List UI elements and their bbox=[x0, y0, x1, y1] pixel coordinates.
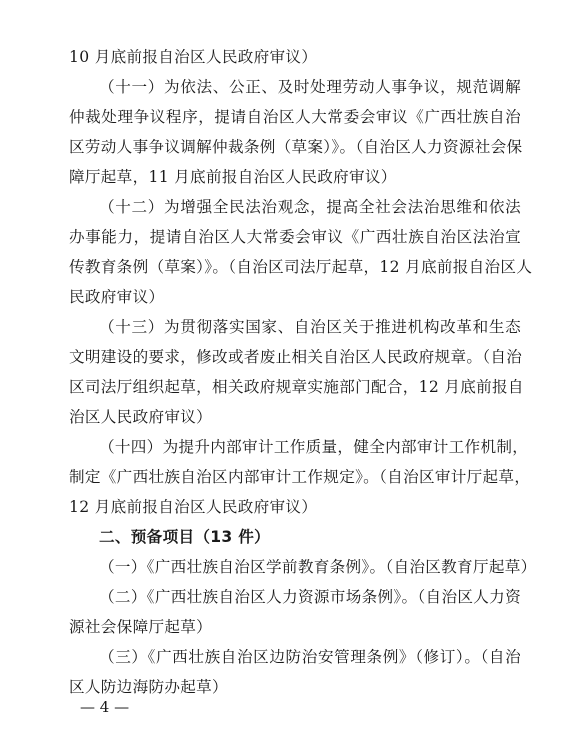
document-page: 10 月底前报自治区人民政府审议） （十一）为依法、公正、及时处理劳动人事争议，… bbox=[0, 0, 586, 738]
section-heading: 二、预备项目（13 件） bbox=[99, 522, 521, 552]
text-line: 源社会保障厅起草） bbox=[69, 612, 521, 642]
text-line: 民政府审议） bbox=[69, 282, 521, 312]
text-line: 障厅起草，11 月底前报自治区人民政府审议） bbox=[69, 162, 521, 192]
paragraph-14-start: （十四）为提升内部审计工作质量，健全内部审计工作机制， bbox=[99, 432, 521, 462]
text-line: 文明建设的要求，修改或者废止相关自治区人民政府规章。（自治 bbox=[69, 342, 521, 372]
list-item-1: （一）《广西壮族自治区学前教育条例》。（自治区教育厅起草） bbox=[99, 552, 521, 582]
text-line: 区劳动人事争议调解仲裁条例（草案）》。（自治区人力资源社会保 bbox=[69, 132, 521, 162]
text-line: 传教育条例（草案）》。（自治区司法厅起草，12 月底前报自治区人 bbox=[69, 252, 521, 282]
text-line: 仲裁处理争议程序，提请自治区人大常委会审议《广西壮族自治 bbox=[69, 102, 521, 132]
paragraph-11-start: （十一）为依法、公正、及时处理劳动人事争议，规范调解 bbox=[99, 72, 521, 102]
paragraph-12-start: （十二）为增强全民法治观念，提高全社会法治思维和依法 bbox=[99, 192, 521, 222]
text-line: 区司法厅组织起草，相关政府规章实施部门配合，12 月底前报自 bbox=[69, 372, 521, 402]
paragraph-13-start: （十三）为贯彻落实国家、自治区关于推进机构改革和生态 bbox=[99, 312, 521, 342]
text-line: 办事能力，提请自治区人大常委会审议《广西壮族自治区法治宣 bbox=[69, 222, 521, 252]
text-line: 区人防边海防办起草） bbox=[69, 672, 521, 702]
text-line: 10 月底前报自治区人民政府审议） bbox=[69, 42, 521, 72]
list-item-3: （三）《广西壮族自治区边防治安管理条例》（修订）。（自治 bbox=[99, 642, 521, 672]
text-line: 制定《广西壮族自治区内部审计工作规定》。（自治区审计厅起草， bbox=[69, 462, 521, 492]
page-number: — 4 — bbox=[80, 696, 129, 718]
text-line: 12 月底前报自治区人民政府审议） bbox=[69, 492, 521, 522]
text-line: 治区人民政府审议） bbox=[69, 402, 521, 432]
list-item-2: （二）《广西壮族自治区人力资源市场条例》。（自治区人力资 bbox=[99, 582, 521, 612]
